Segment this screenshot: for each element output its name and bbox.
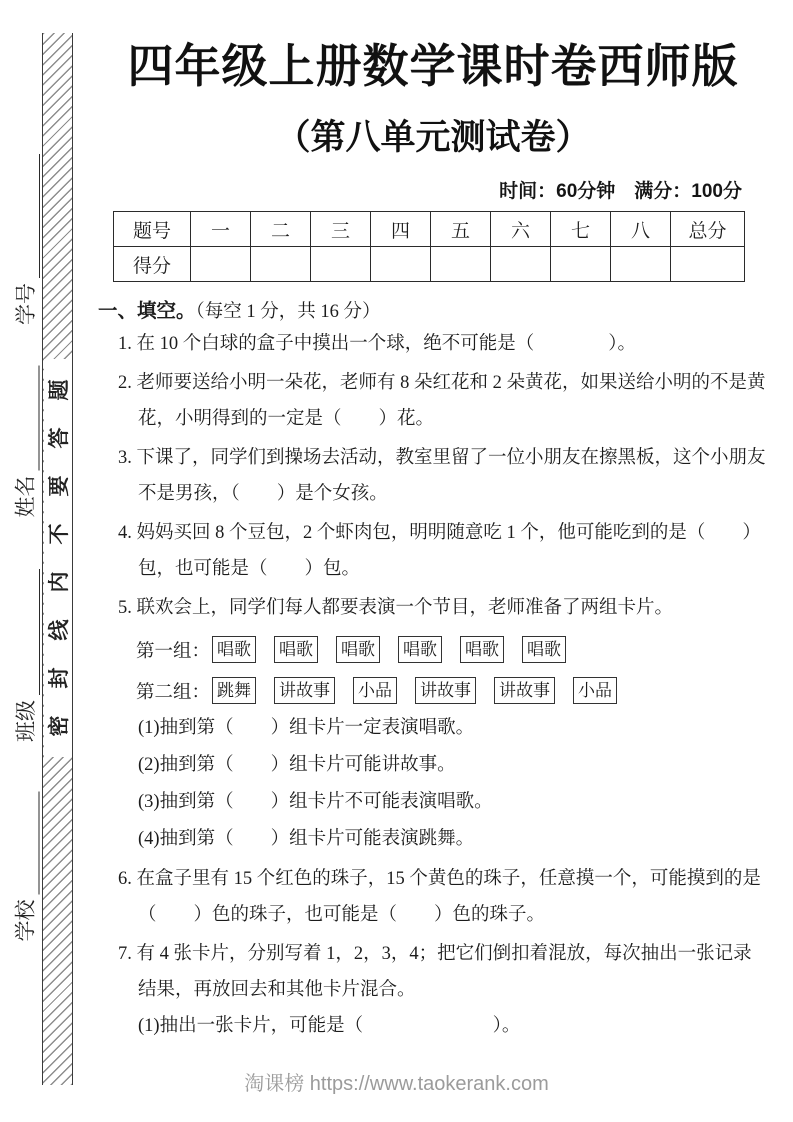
student-name-blank: [24, 366, 40, 471]
score-table-header-cell: 题号: [114, 212, 191, 247]
card-skit: 小品: [353, 677, 397, 704]
class-field: 班级: [14, 560, 40, 742]
student-id-blank: [24, 154, 40, 278]
card-group-2-cards: 跳舞 讲故事 小品 讲故事 讲故事 小品: [212, 677, 617, 704]
score-table-header-cell: 五: [431, 212, 491, 247]
section-one-heading: 一、填空。（每空 1 分，共 16 分）: [98, 295, 768, 323]
section-one-note: （每空 1 分，共 16 分）: [196, 302, 381, 322]
score-row-label: 得分: [114, 247, 191, 282]
card-sing: 唱歌: [336, 636, 380, 663]
time-and-score-info: 时间：60分钟 满分：100分: [98, 176, 768, 203]
score-table-header-cell: 总分: [671, 212, 745, 247]
question-2: 2. 老师要送给小明一朵花，老师有 8 朵红花和 2 朵黄花，如果送给小明的不是…: [98, 365, 768, 437]
paper-subtitle: （第八单元测试卷）: [98, 110, 768, 160]
seal-line-text: 密封线内不要答题: [44, 359, 72, 757]
score-cell-empty: [551, 247, 611, 282]
card-skit: 小品: [573, 677, 617, 704]
student-id-field: 学号: [14, 145, 40, 325]
school-label: 学校: [10, 900, 40, 942]
card-story: 讲故事: [415, 677, 476, 704]
score-cell-empty: [371, 247, 431, 282]
school-field: 学校: [14, 783, 40, 942]
question-7-sub-1: (1)抽出一张卡片，可能是（ ）。: [138, 1008, 768, 1045]
class-label: 班级: [10, 700, 40, 742]
score-table-header-cell: 一: [191, 212, 251, 247]
card-group-2-label: 第二组：: [136, 678, 210, 704]
student-name-field: 姓名: [14, 357, 40, 518]
score-cell-empty: [431, 247, 491, 282]
score-cell-empty: [611, 247, 671, 282]
watermark-footer: 淘课榜 https://www.taokerank.com: [0, 1067, 793, 1096]
score-table-header-cell: 六: [491, 212, 551, 247]
question-1: 1. 在 10 个白球的盒子中摸出一个球，绝不可能是（ ）。: [98, 326, 768, 362]
score-cell-empty: [311, 247, 371, 282]
question-5: 5. 联欢会上，同学们每人都要表演一个节目，老师准备了两组卡片。: [98, 590, 768, 626]
question-5-sub-4: (4)抽到第（ ）组卡片可能表演跳舞。: [138, 821, 768, 858]
card-story: 讲故事: [274, 677, 335, 704]
question-5-sub-1: (1)抽到第（ ）组卡片一定表演唱歌。: [138, 710, 768, 747]
card-story: 讲故事: [494, 677, 555, 704]
card-dance: 跳舞: [212, 677, 256, 704]
score-cell-empty: [491, 247, 551, 282]
card-sing: 唱歌: [460, 636, 504, 663]
score-table-header-row: 题号 一 二 三 四 五 六 七 八 总分: [114, 212, 745, 247]
card-sing: 唱歌: [274, 636, 318, 663]
score-cell-empty: [671, 247, 745, 282]
score-table-score-row: 得分: [114, 247, 745, 282]
score-cell-empty: [251, 247, 311, 282]
score-table-header-cell: 二: [251, 212, 311, 247]
card-group-1-label: 第一组：: [136, 637, 210, 663]
question-5-sub-2: (2)抽到第（ ）组卡片可能讲故事。: [138, 747, 768, 784]
test-paper-page: 密封线内不要答题 学号 姓名 班级 学校 四年级上册数学课时卷西师版 （第八单元…: [0, 0, 793, 1122]
student-id-label: 学号: [10, 283, 40, 325]
score-cell-empty: [191, 247, 251, 282]
card-sing: 唱歌: [522, 636, 566, 663]
card-group-1-cards: 唱歌 唱歌 唱歌 唱歌 唱歌 唱歌: [212, 636, 566, 663]
question-5-sub-3: (3)抽到第（ ）组卡片不可能表演唱歌。: [138, 784, 768, 821]
question-4: 4. 妈妈买回 8 个豆包，2 个虾肉包，明明随意吃 1 个，他可能吃到的是（ …: [98, 515, 768, 587]
card-group-1-row: 第一组： 唱歌 唱歌 唱歌 唱歌 唱歌 唱歌: [136, 636, 768, 663]
section-one-title: 一、填空。: [98, 300, 196, 322]
card-sing: 唱歌: [398, 636, 442, 663]
paper-content: 四年级上册数学课时卷西师版 （第八单元测试卷） 时间：60分钟 满分：100分 …: [98, 0, 768, 1045]
score-table-header-cell: 四: [371, 212, 431, 247]
card-group-2-row: 第二组： 跳舞 讲故事 小品 讲故事 讲故事 小品: [136, 677, 768, 704]
question-7: 7. 有 4 张卡片，分别写着 1，2，3，4；把它们倒扣着混放，每次抽出一张记…: [98, 936, 768, 1008]
question-3: 3. 下课了，同学们到操场去活动，教室里留了一位小朋友在擦黑板，这个小朋友不是男…: [98, 440, 768, 512]
score-table-header-cell: 八: [611, 212, 671, 247]
paper-title: 四年级上册数学课时卷西师版: [98, 30, 768, 96]
score-table-header-cell: 三: [311, 212, 371, 247]
student-name-label: 姓名: [10, 476, 40, 518]
score-table: 题号 一 二 三 四 五 六 七 八 总分 得分: [113, 211, 745, 282]
card-sing: 唱歌: [212, 636, 256, 663]
class-blank: [24, 569, 40, 695]
school-blank: [24, 792, 40, 895]
score-table-header-cell: 七: [551, 212, 611, 247]
question-6: 6. 在盒子里有 15 个红色的珠子，15 个黄色的珠子，任意摸一个，可能摸到的…: [98, 861, 768, 933]
